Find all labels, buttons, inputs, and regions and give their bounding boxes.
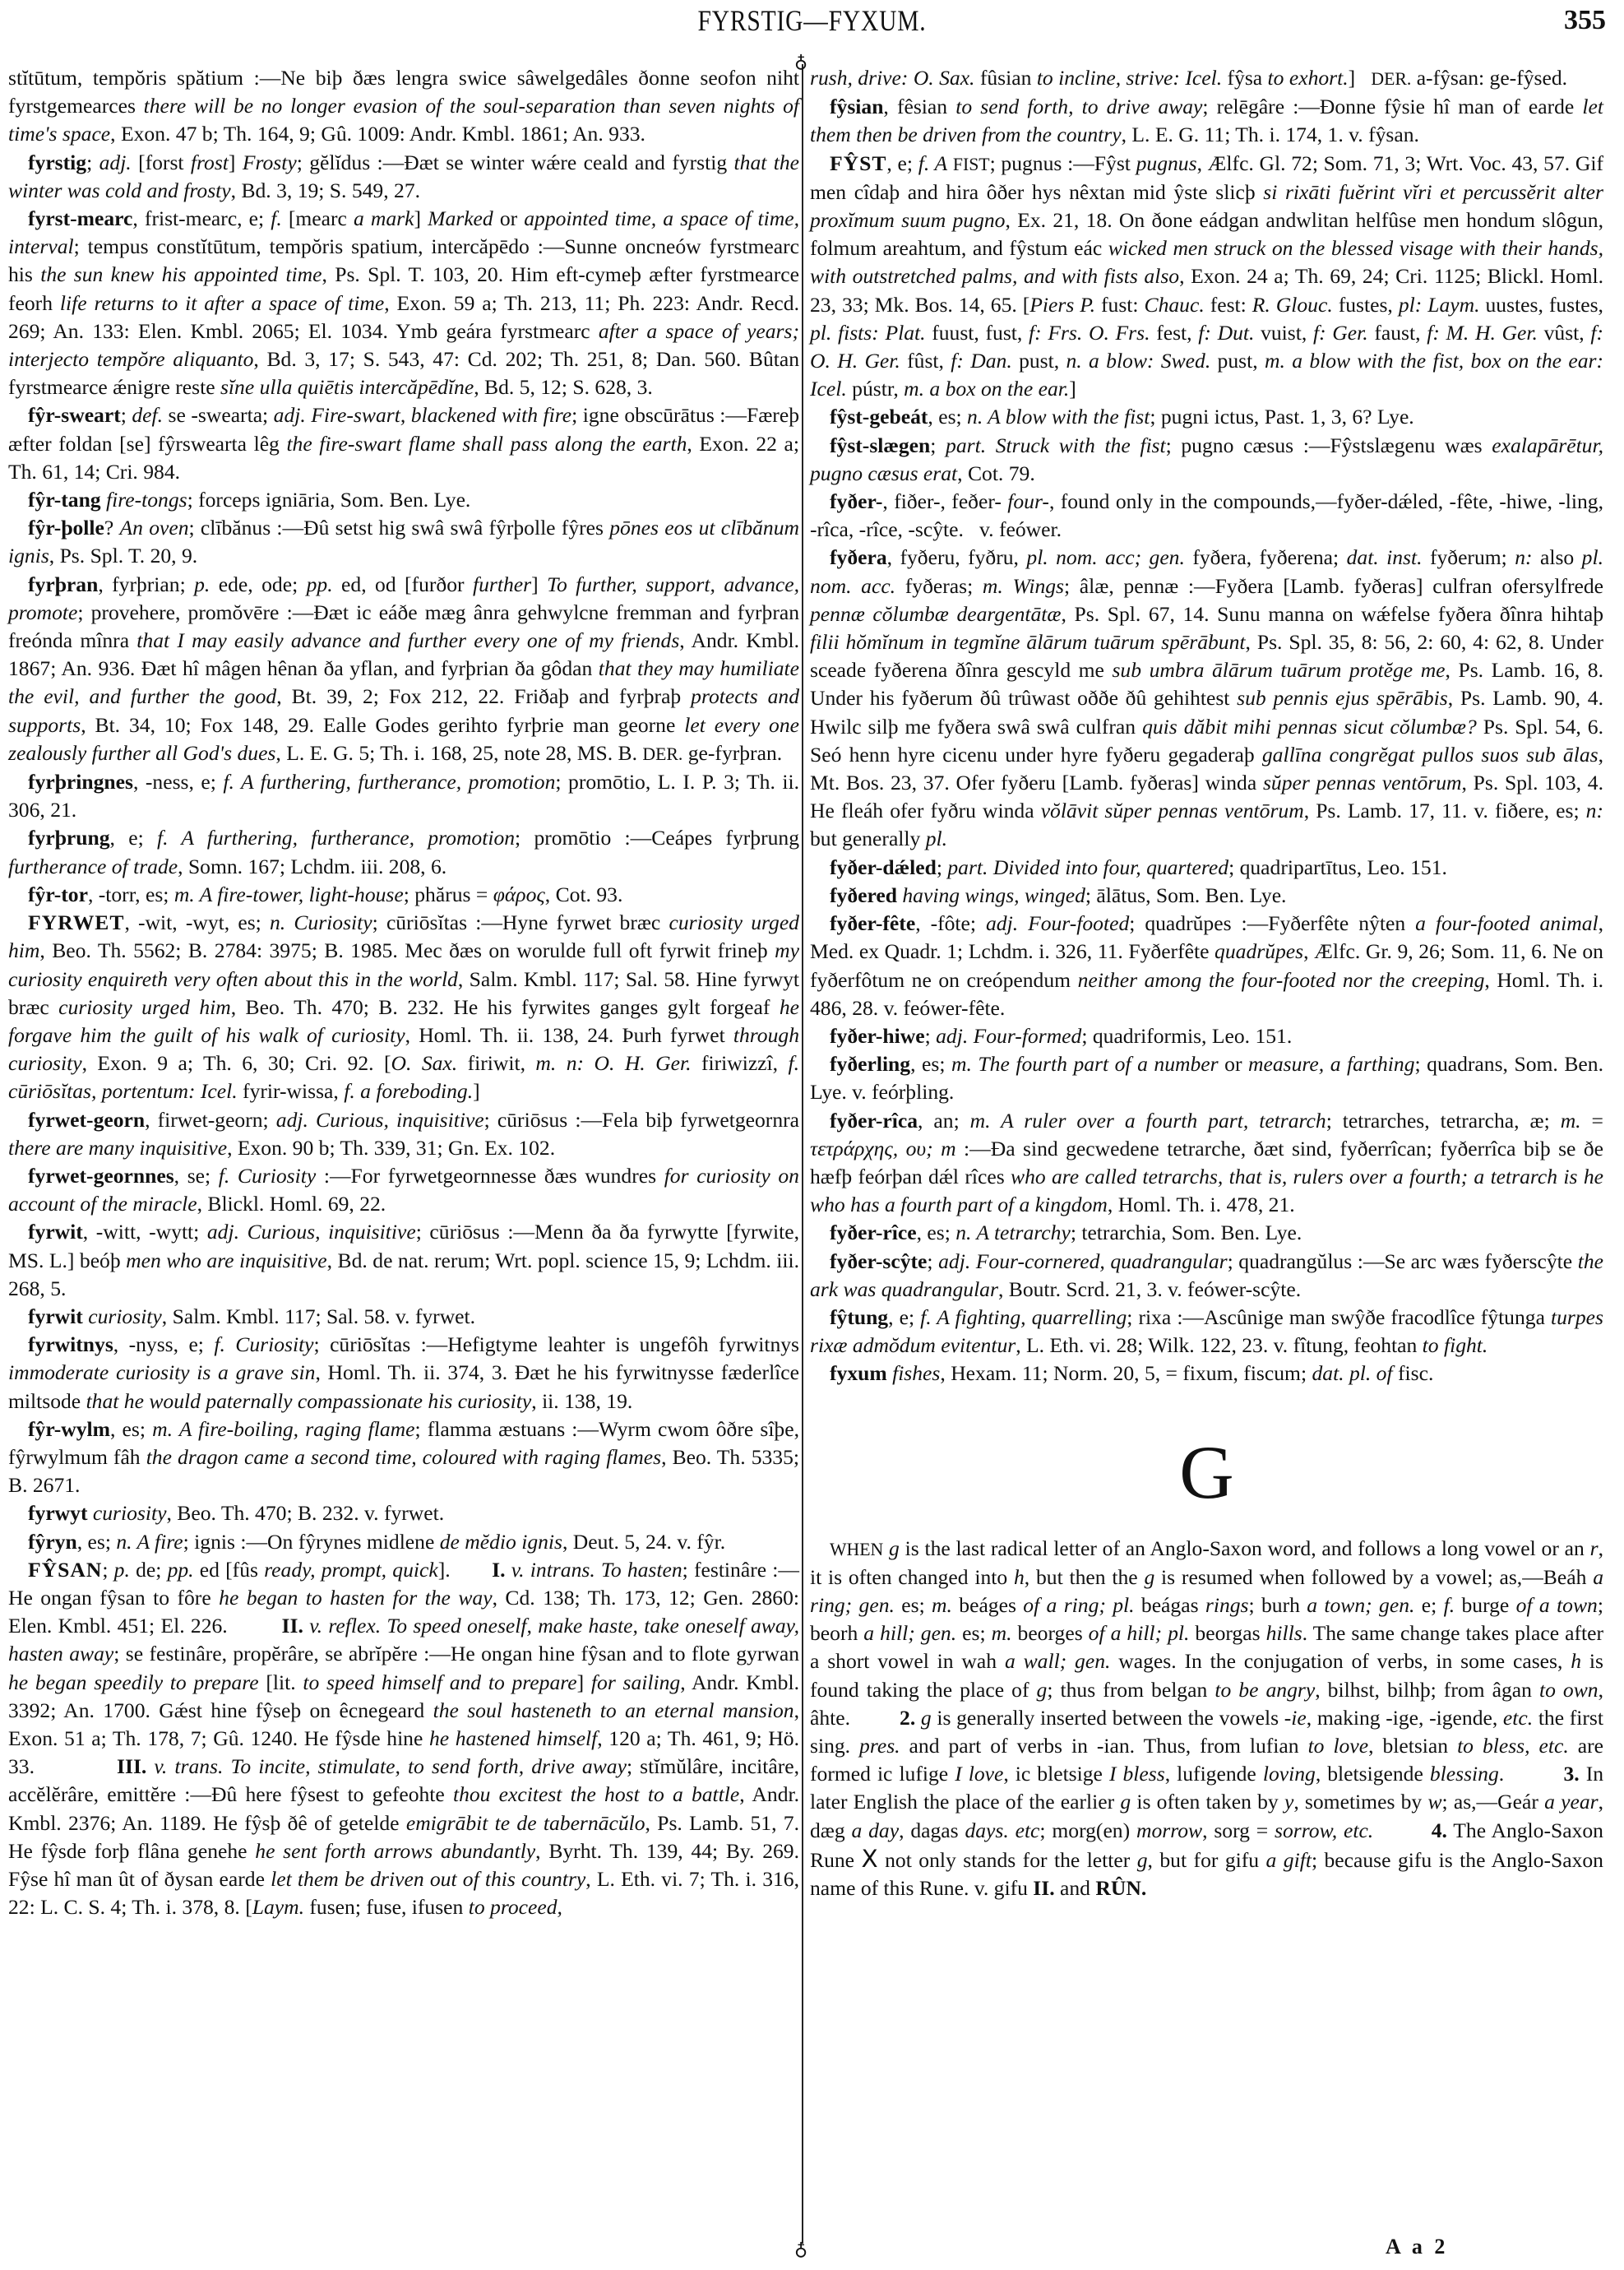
divider-ornament-bottom-icon: ♁: [794, 2239, 807, 2260]
entry-headword: fyrwit: [28, 1304, 83, 1328]
entry-headword: fyrwitnys: [28, 1332, 113, 1356]
dictionary-entry: fyrwit, -witt, -wytt; adj. Curious, inqu…: [8, 1218, 799, 1303]
entry-body: ; part. Divided into four, quartered; qu…: [937, 855, 1447, 879]
dictionary-entry: fyxum fishes, Hexam. 11; Norm. 20, 5, = …: [810, 1360, 1603, 1387]
entry-body: ; def. se -swearta; adj. Fire-swart, bla…: [8, 403, 799, 483]
column-divider: [802, 64, 803, 2244]
entry-headword: fŷtung: [830, 1305, 888, 1329]
left-entry-list: fyrstig; adj. [forst frost] Frosty; gĕlĭ…: [8, 149, 799, 1922]
dictionary-entry: FŶSAN; p. de; pp. ed [fûs ready, prompt,…: [8, 1556, 799, 1922]
dictionary-entry: fyðer-dǽled; part. Divided into four, qu…: [810, 854, 1603, 882]
entry-body: , -witt, -wytt; adj. Curious, inquisitiv…: [8, 1220, 799, 1299]
entry-body: , es; n. A tetrarchy; tetrarchia, Som. B…: [917, 1221, 1302, 1244]
entry-headword: fyðer-rîca: [830, 1109, 918, 1133]
running-head: FYRSTIG—FYXUM. 355: [0, 3, 1624, 44]
entry-body: ; adj. Four-cornered, quadrangular; quad…: [810, 1249, 1603, 1301]
entry-headword: fyðera: [830, 545, 887, 569]
dictionary-entry: fyrþringnes, -ness, e; f. A furthering, …: [8, 768, 799, 824]
dictionary-entry: fyrstig; adj. [forst frost] Frosty; gĕlĭ…: [8, 149, 799, 205]
entry-headword: fyðer-fête: [830, 911, 915, 935]
entry-body: , -torr, es; m. A fire-tower, light-hous…: [88, 883, 622, 906]
dictionary-entry: fyðered having wings, winged; ālātus, So…: [810, 882, 1603, 910]
printer-signature: A a 2: [1386, 2235, 1448, 2259]
entry-headword: fyrþran: [28, 572, 98, 596]
continued-entry: stĭtūtum, tempŏris spătium :—Ne biþ ðæs …: [8, 64, 799, 149]
entry-headword: fyðer-dǽled: [830, 855, 937, 879]
entry-body: , fêsian to send forth, to drive away; r…: [810, 95, 1603, 146]
entry-body: , es; n. A fire; ignis :—On fŷrynes midl…: [77, 1530, 725, 1554]
dictionary-entry: fŷr-tang fire-tongs; forceps igniāria, S…: [8, 486, 799, 514]
entry-headword: FYRWET: [28, 910, 124, 934]
entry-headword: fyrwyt: [28, 1501, 87, 1525]
dictionary-entry: fyrwitnys, -nyss, e; f. Curiosity; cūriō…: [8, 1331, 799, 1415]
entry-headword: fyrst-mearc: [28, 206, 132, 230]
dictionary-entry: fyrwit curiosity, Salm. Kmbl. 117; Sal. …: [8, 1303, 799, 1331]
entry-headword: FŶSAN: [28, 1558, 102, 1582]
continued-citations: , Exon. 47 b; Th. 164, 9; Gû. 1009: Andr…: [110, 122, 645, 146]
dictionary-entry: fyrwet-geornnes, se; f. Curiosity :—For …: [8, 1162, 799, 1218]
entry-headword: fŷr-sweart: [28, 403, 121, 427]
entry-body: fire-tongs; forceps igniāria, Som. Ben. …: [101, 488, 471, 512]
entry-headword: fyðered: [830, 883, 897, 907]
dictionary-entry: fyrþrung, e; f. A furthering, furtheranc…: [8, 824, 799, 880]
right-entry-list: fŷsian, fêsian to send forth, to drive a…: [810, 93, 1603, 1387]
dictionary-entry: fyðer-scŷte; adj. Four-cornered, quadran…: [810, 1248, 1603, 1304]
dictionary-entry: fŷryn, es; n. A fire; ignis :—On fŷrynes…: [8, 1528, 799, 1556]
dictionary-entry: fyrþran, fyrþrian; p. ede, ode; pp. ed, …: [8, 571, 799, 768]
entry-headword: fyrþrung: [28, 826, 110, 850]
running-title: FYRSTIG—FYXUM.: [146, 3, 1478, 38]
dictionary-entry: fyrwyt curiosity, Beo. Th. 470; B. 232. …: [8, 1499, 799, 1527]
entry-body: , es; m. The fourth part of a number or …: [810, 1052, 1603, 1104]
dictionary-entry: fyðer-hiwe; adj. Four-formed; quadriform…: [810, 1022, 1603, 1050]
entry-headword: fyðer-rîce: [830, 1221, 917, 1244]
entry-headword: fyðer-: [830, 489, 882, 513]
entry-headword: fyrstig: [28, 151, 86, 174]
entry-headword: fŷr-tor: [28, 883, 88, 906]
entry-body: , -nyss, e; f. Curiosity; cūriōsĭtas :—H…: [8, 1332, 799, 1412]
dictionary-entry: FŶST, e; f. A FIST; pugnus :—Fŷst pugnus…: [810, 150, 1603, 404]
continued-entry: rush, drive: O. Sax. fûsian to incline, …: [810, 64, 1603, 93]
entry-headword: fyðer-hiwe: [830, 1024, 925, 1048]
dictionary-entry: fŷr-sweart; def. se -swearta; adj. Fire-…: [8, 401, 799, 486]
entry-body: , -wit, -wyt, es; n. Curiosity; cūriōsĭt…: [8, 910, 799, 1103]
entry-headword: fyðer-scŷte: [830, 1249, 927, 1273]
dictionary-entry: fŷsian, fêsian to send forth, to drive a…: [810, 93, 1603, 149]
dictionary-entry: FYRWET, -wit, -wyt, es; n. Curiosity; cū…: [8, 909, 799, 1105]
entry-body: curiosity, Beo. Th. 470; B. 232. v. fyrw…: [87, 1501, 444, 1525]
dictionary-entry: fyðer-rîca, an; m. A ruler over a fourth…: [810, 1107, 1603, 1220]
entry-headword: fyðerling: [830, 1052, 910, 1076]
dictionary-entry: fŷr-tor, -torr, es; m. A fire-tower, lig…: [8, 881, 799, 909]
entry-body: , e; f. A fighting, quarrelling; rixa :—…: [810, 1305, 1603, 1357]
section-letter-heading: G: [810, 1431, 1603, 1513]
dictionary-entry: fŷr-wylm, es; m. A fire-boiling, raging …: [8, 1415, 799, 1500]
entry-body: ; adj. [forst frost] Frosty; gĕlĭdus :—Ð…: [8, 151, 799, 202]
dictionary-entry: fyðer-, fiðer-, feðer- four-, found only…: [810, 488, 1603, 544]
entry-body: , e; f. A furthering, furtherance, promo…: [8, 826, 799, 878]
entry-body: ; p. de; pp. ed [fûs ready, prompt, quic…: [8, 1558, 799, 1919]
entry-headword: fyrþringnes: [28, 770, 133, 794]
page-number: 355: [1564, 5, 1606, 36]
entry-headword: fyrwet-geornnes: [28, 1164, 174, 1188]
dictionary-entry: fyðera, fyðeru, fyðru, pl. nom. acc; gen…: [810, 544, 1603, 853]
dictionary-entry: fyðerling, es; m. The fourth part of a n…: [810, 1050, 1603, 1106]
entry-headword: fŷr-tang: [28, 488, 101, 512]
entry-body: , es; n. A blow with the fist; pugni ict…: [928, 405, 1413, 429]
left-column: stĭtūtum, tempŏris spătium :—Ne biþ ðæs …: [8, 64, 799, 1921]
entry-body: , e; f. A FIST; pugnus :—Fŷst pugnus, Æl…: [810, 151, 1603, 401]
entry-headword: fŷsian: [830, 95, 883, 118]
entry-headword: fŷr-þolle: [28, 516, 104, 540]
entry-body: , an; m. A ruler over a fourth part, tet…: [810, 1109, 1603, 1217]
entry-headword: fyrwit: [28, 1220, 83, 1244]
entry-body: , frist-mearc, e; f. [mearc a mark] Mark…: [8, 206, 799, 399]
entry-headword: fyrwet-georn: [28, 1108, 145, 1132]
entry-headword: fŷr-wylm: [28, 1417, 110, 1441]
dictionary-entry: fŷst-gebeát, es; n. A blow with the fist…: [810, 403, 1603, 431]
dictionary-entry: fyrst-mearc, frist-mearc, e; f. [mearc a…: [8, 205, 799, 401]
entry-body: ? An oven; clībănus :—Ðû setst hig swâ s…: [8, 516, 799, 567]
letter-intro-paragraph: WHEN g is the last radical letter of an …: [810, 1535, 1603, 1903]
entry-body: curiosity, Salm. Kmbl. 117; Sal. 58. v. …: [83, 1304, 475, 1328]
entry-headword: FŶST: [830, 151, 886, 175]
entry-headword: fyxum: [830, 1361, 887, 1385]
entry-headword: fŷst-slægen: [830, 433, 930, 457]
entry-body: , fiðer-, feðer- four-, found only in th…: [810, 489, 1603, 541]
entry-body: , fyrþrian; p. ede, ode; pp. ed, od [fur…: [8, 572, 799, 765]
entry-body: , fyðeru, fyðru, pl. nom. acc; gen. fyðe…: [810, 545, 1603, 850]
entry-body: , es; m. A fire-boiling, raging flame; f…: [8, 1417, 799, 1497]
entry-body: ; adj. Four-formed; quadriformis, Leo. 1…: [925, 1024, 1293, 1048]
entry-headword: fŷryn: [28, 1530, 77, 1554]
entry-headword: fŷst-gebeát: [830, 405, 928, 429]
dictionary-entry: fŷr-þolle? An oven; clībănus :—Ðû setst …: [8, 514, 799, 570]
dictionary-entry: fŷtung, e; f. A fighting, quarrelling; r…: [810, 1304, 1603, 1360]
dictionary-entry: fyðer-fête, -fôte; adj. Four-footed; qua…: [810, 910, 1603, 1022]
dictionary-entry: fyðer-rîce, es; n. A tetrarchy; tetrarch…: [810, 1219, 1603, 1247]
entry-body: fishes, Hexam. 11; Norm. 20, 5, = fixum,…: [887, 1361, 1434, 1385]
right-column: rush, drive: O. Sax. fûsian to incline, …: [810, 64, 1603, 1902]
entry-body: having wings, winged; ālātus, Som. Ben. …: [897, 883, 1286, 907]
dictionary-entry: fyrwet-georn, firwet-georn; adj. Curious…: [8, 1106, 799, 1162]
entry-body: , -fôte; adj. Four-footed; quadrŭpes :—F…: [810, 911, 1603, 1020]
dictionary-entry: fŷst-slægen; part. Struck with the fist;…: [810, 432, 1603, 488]
